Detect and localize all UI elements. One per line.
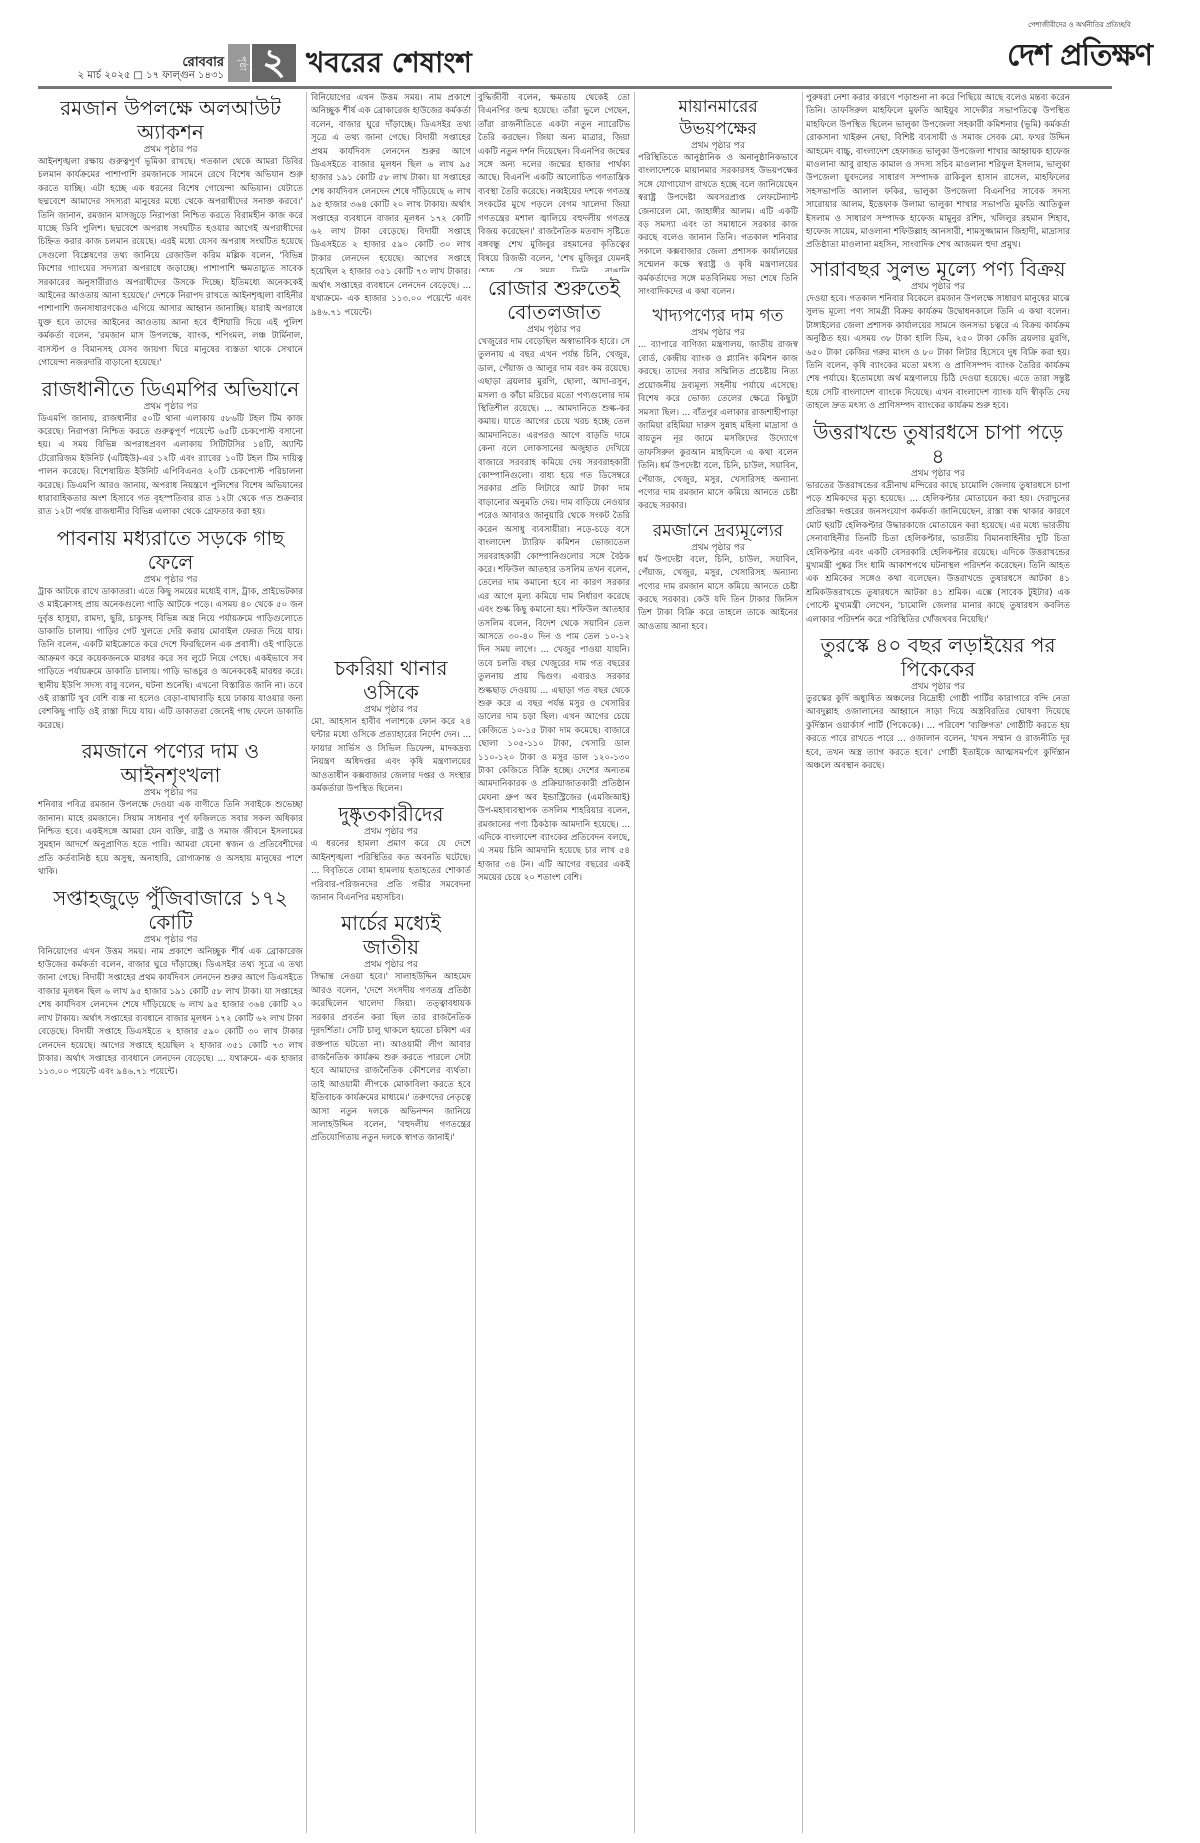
- article: মায়ানমারের উভয়পক্ষের প্রথম পৃষ্ঠার পর …: [638, 96, 798, 299]
- article: মার্চের মধ্যেই জাতীয় প্রথম পৃষ্ঠার পর স…: [311, 911, 471, 1145]
- jump-line: প্রথম পৃষ্ঠার পর: [38, 401, 303, 413]
- article: রোজার শুরুতেই বোতলজাত প্রথম পৃষ্ঠার পর খ…: [478, 276, 630, 886]
- article-body: আইনশৃঙ্খলা রক্ষায় গুরুত্বপূর্ণ ভূমিকা র…: [38, 156, 303, 371]
- column-divider: [306, 92, 307, 1833]
- article: রমজানে দ্রব্যমূল্যের প্রথম পৃষ্ঠার পর ধর…: [638, 520, 798, 634]
- article-body: বিনিয়োগের এখন উত্তম সময়। নাম প্রকাশে অ…: [38, 946, 303, 1080]
- column-1: রমজান উপলক্ষে অলআউট অ্যাকশন প্রথম পৃষ্ঠা…: [38, 92, 303, 1833]
- column-3: বুদ্ধিজীবী বলেন, ক্ষমতায় থেকেই তো বিএনপ…: [478, 92, 630, 1833]
- jump-line: প্রথম পৃষ্ঠার পর: [638, 327, 798, 339]
- article-headline: রোজার শুরুতেই বোতলজাত: [478, 276, 630, 324]
- article: রাজধানীতে ডিএমপির অভিযানে প্রথম পৃষ্ঠার …: [38, 377, 303, 520]
- article-body: ধর্ম উপদেষ্টা বলে, চিনি, চাউল, সয়াবিন, …: [638, 554, 798, 634]
- article-body: তুরস্কের কুর্দি অধ্যুষিত অঞ্চলের বিদ্রোহ…: [806, 693, 1070, 773]
- article: দুষ্কৃতকারীদের প্রথম পৃষ্ঠার পর এ ধরনের …: [311, 802, 471, 905]
- newspaper-page: রোববার ২ মার্চ ২০২৫ □ ১৭ ফাল্গুন ১৪৩১ পৃ…: [0, 0, 1200, 1843]
- header-rule: [38, 86, 1112, 89]
- article-body: খেজুরের দাম বেড়েছিল অস্বাভাবিক হারে। সে…: [478, 336, 630, 886]
- page-number: ২: [252, 44, 296, 82]
- column-5: পুরুষরা নেশা করার কারণে পড়াশুনা না করে …: [806, 92, 1070, 1833]
- jump-line: প্রথম পৃষ্ঠার পর: [638, 542, 798, 554]
- article-headline: সারাবছর সুলভ মূল্যে পণ্য বিক্রয়: [806, 257, 1070, 281]
- article: চকরিয়া থানার ওসিকে প্রথম পৃষ্ঠার পর মো.…: [311, 656, 471, 796]
- jump-line: প্রথম পৃষ্ঠার পর: [478, 324, 630, 336]
- article-body: ভারতের উত্তরাখন্ডের বদ্রীনাথ মন্দিরের কা…: [806, 480, 1070, 627]
- article-body: সিদ্ধান্ত নেওয়া হবে।' সালাহউদ্দিন আহমেদ…: [311, 971, 471, 1145]
- columns-area: রমজান উপলক্ষে অলআউট অ্যাকশন প্রথম পৃষ্ঠা…: [38, 92, 1190, 1833]
- jump-line: প্রথম পৃষ্ঠার পর: [311, 826, 471, 838]
- article: সারাবছর সুলভ মূল্যে পণ্য বিক্রয় প্রথম প…: [806, 257, 1070, 414]
- article-continuation: বুদ্ধিজীবী বলেন, ক্ষমতায় থেকেই তো বিএনপ…: [478, 92, 630, 272]
- article-headline: সপ্তাহজুড়ে পুঁজিবাজারে ১৭২ কোটি: [38, 886, 303, 934]
- article-body: শনিবার পবিত্র রমজান উপলক্ষে দেওয়া এক বা…: [38, 799, 303, 879]
- article-headline: রমজানে পণ্যের দাম ও আইনশৃংখলা: [38, 739, 303, 787]
- edition-date: ২ মার্চ ২০২৫ □ ১৭ ফাল্গুন ১৪৩১: [38, 69, 224, 82]
- article: রমজানে পণ্যের দাম ও আইনশৃংখলা প্রথম পৃষ্…: [38, 739, 303, 879]
- article-headline: রমজানে দ্রব্যমূল্যের: [638, 520, 798, 542]
- column-divider: [475, 92, 476, 1833]
- article-body: মো. আহসান হাবীব পলাশকে ফোন করে ২৪ ঘন্টার…: [311, 716, 471, 796]
- article-headline: তুরস্কে ৪০ বছর লড়াইয়ের পর পিকেকের: [806, 633, 1070, 681]
- article-headline: মার্চের মধ্যেই জাতীয়: [311, 911, 471, 959]
- jump-line: প্রথম পৃষ্ঠার পর: [311, 959, 471, 971]
- newspaper-logo: পেশাজীবীদের ও অর্থনীতির প্রতিচ্ছবি দেশ প…: [1007, 19, 1152, 82]
- jump-line: প্রথম পৃষ্ঠার পর: [38, 934, 303, 946]
- page-label: পৃষ্ঠা: [228, 44, 250, 82]
- edition-date-block: রোববার ২ মার্চ ২০২৫ □ ১৭ ফাল্গুন ১৪৩১: [38, 56, 228, 82]
- masthead: রোববার ২ মার্চ ২০২৫ □ ১৭ ফাল্গুন ১৪৩১ পৃ…: [38, 40, 1192, 82]
- jump-line: প্রথম পৃষ্ঠার পর: [806, 468, 1070, 480]
- article: উত্তরাখন্ডে তুষারধসে চাপা পড়ে ৪ প্রথম প…: [806, 420, 1070, 627]
- article: রমজান উপলক্ষে অলআউট অ্যাকশন প্রথম পৃষ্ঠা…: [38, 96, 303, 371]
- column-4: মায়ানমারের উভয়পক্ষের প্রথম পৃষ্ঠার পর …: [638, 92, 798, 1833]
- column-divider: [802, 92, 803, 1833]
- article-headline: উত্তরাখন্ডে তুষারধসে চাপা পড়ে ৪: [806, 420, 1070, 468]
- article: তুরস্কে ৪০ বছর লড়াইয়ের পর পিকেকের প্রথ…: [806, 633, 1070, 773]
- section-title: খবরের শেষাংশ: [306, 44, 472, 82]
- jump-line: প্রথম পৃষ্ঠার পর: [806, 681, 1070, 693]
- brand-tagline: পেশাজীবীদের ও অর্থনীতির প্রতিচ্ছবি: [1007, 19, 1152, 31]
- article-headline: খাদ্যপণ্যের দাম গত: [638, 305, 798, 327]
- article: সপ্তাহজুড়ে পুঁজিবাজারে ১৭২ কোটি প্রথম প…: [38, 886, 303, 1080]
- article-headline: রাজধানীতে ডিএমপির অভিযানে: [38, 377, 303, 401]
- brand-name: দেশ প্রতিক্ষণ: [1007, 31, 1152, 82]
- jump-line: প্রথম পৃষ্ঠার পর: [638, 140, 798, 152]
- jump-line: প্রথম পৃষ্ঠার পর: [806, 281, 1070, 293]
- article-body: ডিএমপি জানায়, রাজধানীর ৫০টি থানা এলাকায…: [38, 413, 303, 520]
- article-body: ট্রাক আটকে রাখে ডাকাতরা। এতে কিছু সময়ের…: [38, 586, 303, 733]
- article-headline: দুষ্কৃতকারীদের: [311, 802, 471, 826]
- column-divider: [634, 92, 635, 1833]
- article-body: এ ধরনের হামলা প্রমাণ করে যে দেশে আইনশৃঙ্…: [311, 838, 471, 905]
- article-continuation: বিনিয়োগের এখন উত্তম সময়। নাম প্রকাশে অ…: [311, 92, 471, 652]
- article-headline: রমজান উপলক্ষে অলআউট অ্যাকশন: [38, 96, 303, 144]
- jump-line: প্রথম পৃষ্ঠার পর: [311, 704, 471, 716]
- jump-line: প্রথম পৃষ্ঠার পর: [38, 787, 303, 799]
- article-headline: মায়ানমারের উভয়পক্ষের: [638, 96, 798, 140]
- article: পাবনায় মধ্যরাতে সড়কে গাছ ফেলে প্রথম পৃ…: [38, 526, 303, 733]
- article-continuation: পুরুষরা নেশা করার কারণে পড়াশুনা না করে …: [806, 92, 1070, 253]
- article: খাদ্যপণ্যের দাম গত প্রথম পৃষ্ঠার পর ... …: [638, 305, 798, 513]
- article-headline: চকরিয়া থানার ওসিকে: [311, 656, 471, 704]
- article-headline: পাবনায় মধ্যরাতে সড়কে গাছ ফেলে: [38, 526, 303, 574]
- article-body: পরিস্থিতিতে আনুষ্ঠানিক ও অনানুষ্ঠানিকভাব…: [638, 152, 798, 299]
- jump-line: প্রথম পৃষ্ঠার পর: [38, 144, 303, 156]
- edition-day: রোববার: [38, 56, 224, 69]
- column-2: বিনিয়োগের এখন উত্তম সময়। নাম প্রকাশে অ…: [311, 92, 471, 1833]
- article-body: ... ব্যাপারে বাণিজ্য মন্ত্রণালয়, জাতীয়…: [638, 339, 798, 513]
- article-body: দেওয়া হবে। গতকাল শনিবার বিকেলে রমজান উপ…: [806, 293, 1070, 414]
- jump-line: প্রথম পৃষ্ঠার পর: [38, 574, 303, 586]
